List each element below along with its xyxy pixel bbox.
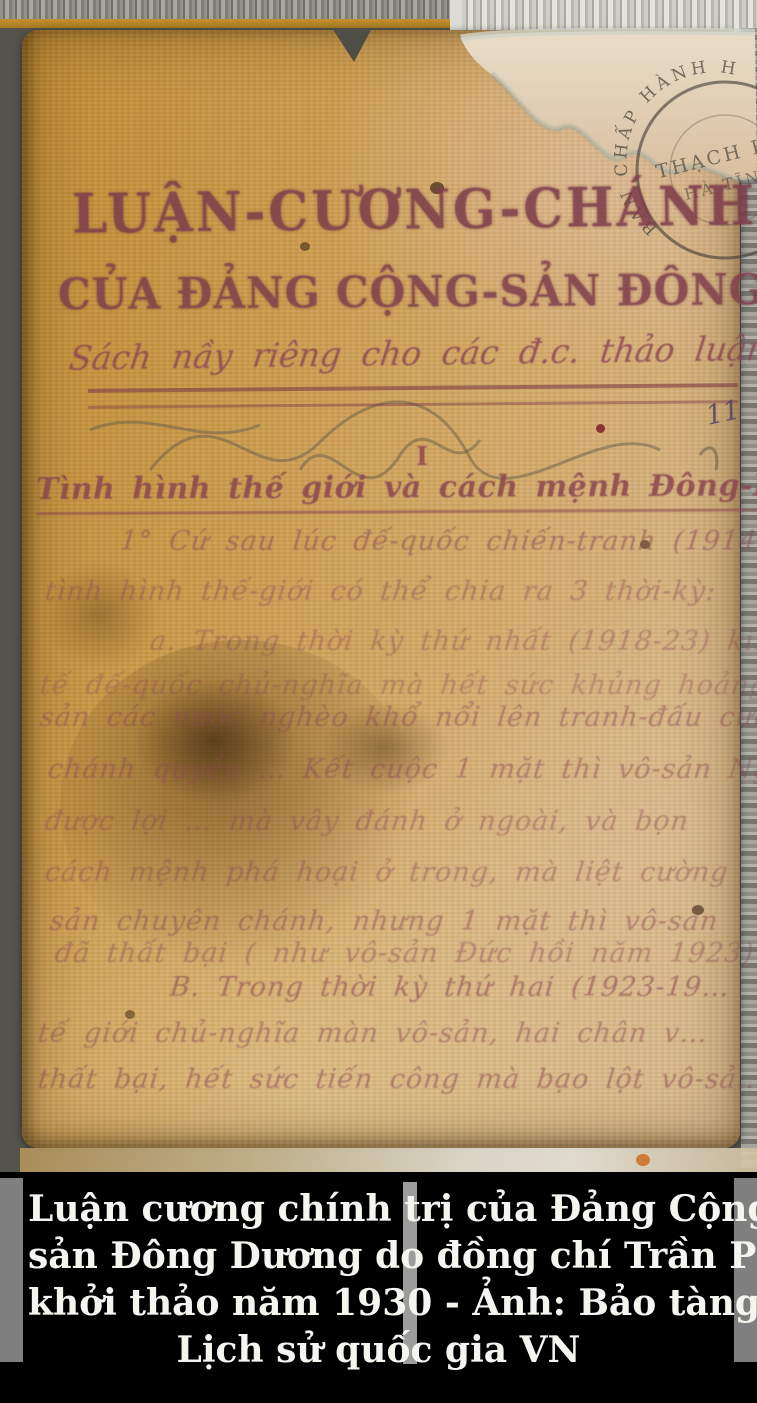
document-title-line2: CỦA ĐẢNG CỘNG-SẢN ĐÔNG-DƯƠNG bbox=[58, 264, 748, 319]
caption-line: Luận cương chính trị của Đảng Cộng bbox=[28, 1186, 729, 1233]
section-heading: Tình hình thế giới và cách mệnh Đông-Dươ… bbox=[36, 468, 757, 515]
section-numeral: I bbox=[416, 442, 428, 472]
handwriting-line: thất bại, hết sức tiến công mà bạo lột v… bbox=[36, 1064, 757, 1095]
caption-line: sản Đông Dương do đồng chí Trần Phú bbox=[28, 1233, 729, 1280]
handwriting-line: tình hình thế-giới có thể chia ra 3 thời… bbox=[43, 576, 717, 607]
orange-speck bbox=[636, 1154, 650, 1166]
handwriting-line: sản các nước nghèo khổ nổi lên tranh-đấu… bbox=[38, 702, 757, 733]
handwriting-line: a. Trong thời kỳ thứ nhất (1918-23) kinh bbox=[148, 626, 757, 657]
photo-figure: BAN CHẤP HÀNH HUY THẠCH HÀ HÀ TĨNH LUẬN-… bbox=[0, 0, 757, 1403]
handwriting-line: tế giới chủ-nghĩa màn vô-sản, hai chân v… bbox=[36, 1018, 709, 1049]
handwriting-line: chánh quyền … Kết cuộc 1 mặt thì vô-sản … bbox=[46, 754, 757, 785]
caption-line: Lịch sử quốc gia VN bbox=[28, 1327, 729, 1374]
handwriting-line: đã thất bại ( như vô-sản Đức hồi năm 192… bbox=[53, 938, 755, 969]
caption-line: khởi thảo năm 1930 - Ảnh: Bảo tàng bbox=[28, 1280, 729, 1327]
document-title-line1: LUẬN-CƯƠNG-CHÁNH-TRỊ bbox=[72, 174, 733, 246]
handwriting-line: được lợi … mà vây đánh ở ngoài, và bọn bbox=[43, 806, 690, 837]
handwriting-line: B. Trong thời kỳ thứ hai (1923-19… bbox=[168, 972, 731, 1003]
handwriting-line: 1° Cứ sau lúc đế-quốc chiến-tranh (1914-… bbox=[118, 526, 757, 557]
handwriting-line: cách mệnh phá hoại ở trong, mà liệt cườn… bbox=[43, 857, 730, 888]
caption-edge-strip-left bbox=[0, 1178, 23, 1362]
handwriting-line: sản chuyên chánh, nhưng 1 mặt thì vô-sản bbox=[48, 906, 720, 937]
photo-caption: Luận cương chính trị của Đảng Cộngsản Đô… bbox=[28, 1186, 729, 1374]
handwriting-line: tế đế-quốc chủ-nghĩa mà hết sức khủng ho… bbox=[38, 670, 757, 701]
